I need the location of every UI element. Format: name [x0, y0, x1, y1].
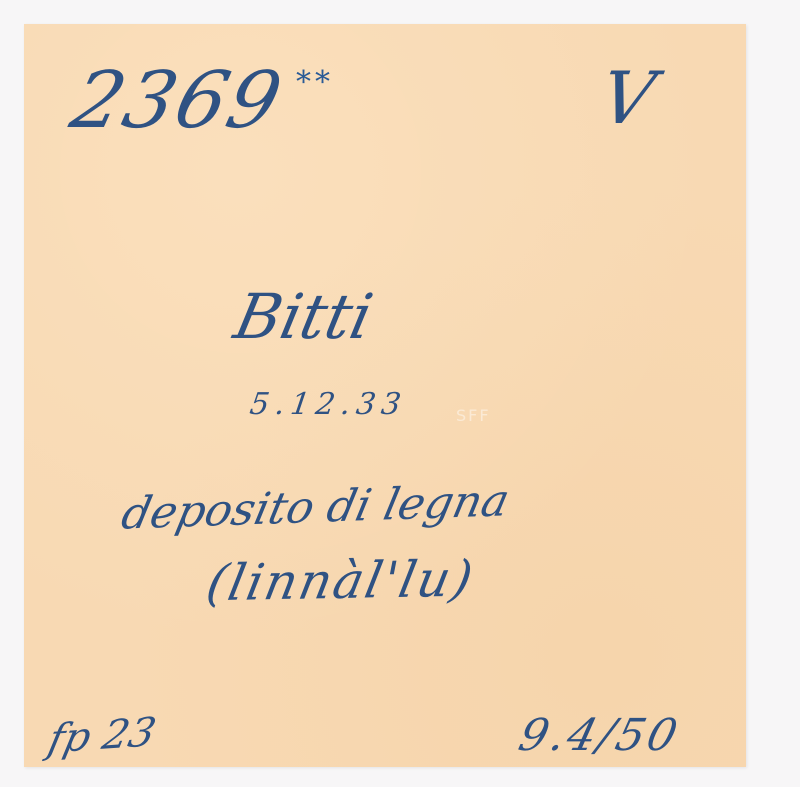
star-marks: ** [296, 68, 334, 98]
catalog-number: 2369 [64, 62, 290, 140]
archive-reference: 9.4/50 [515, 714, 685, 758]
date: 5.12.33 [248, 390, 409, 420]
watermark: SFF [456, 408, 491, 424]
page-reference: fp 23 [45, 712, 160, 759]
description: deposito di legna [118, 479, 513, 536]
category-letter: V [596, 62, 661, 134]
index-card: 2369 ** V Bitti 5.12.33 SFF deposito di … [24, 24, 746, 767]
place-name: Bitti [229, 286, 377, 348]
local-name: (linnàl'lu) [203, 554, 479, 609]
